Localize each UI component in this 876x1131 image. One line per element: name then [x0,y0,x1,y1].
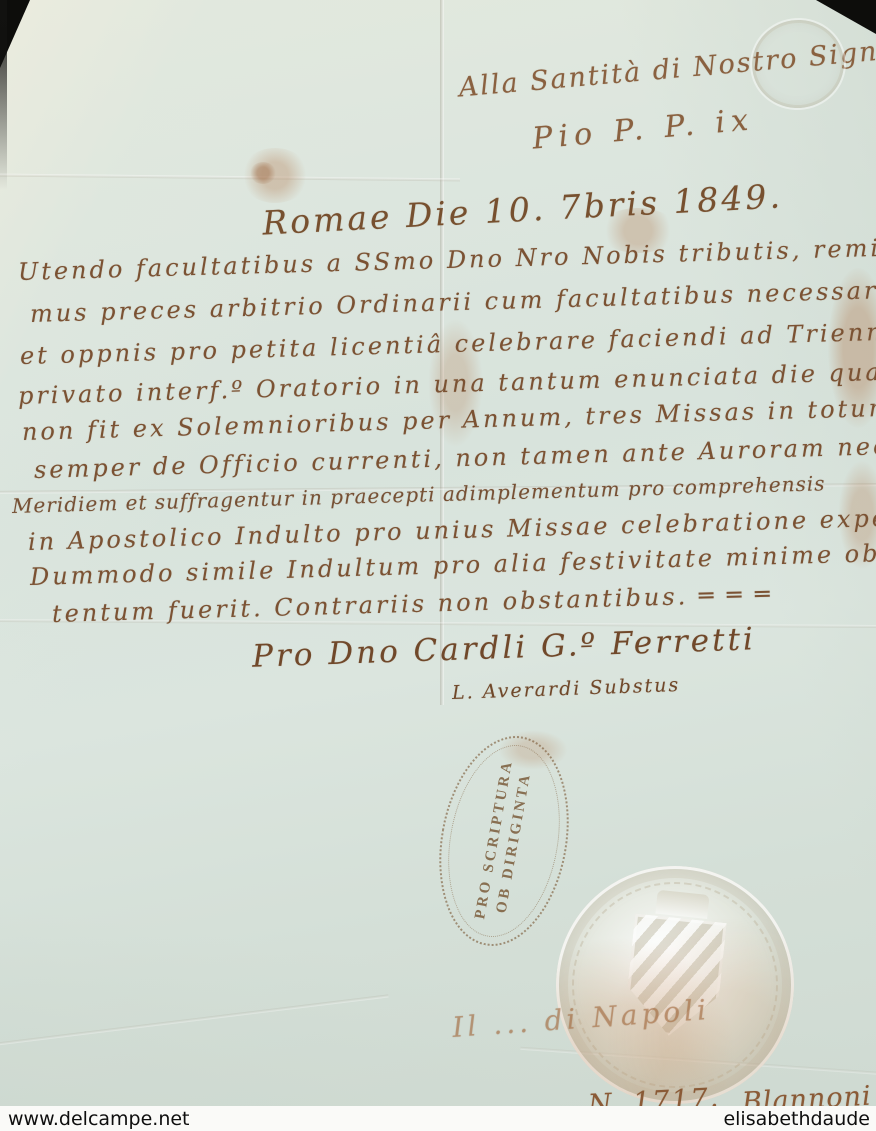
collector-watermark: elisabethdaude [723,1108,870,1130]
watermark-bar: www.delcampe.net elisabethdaude [0,1106,876,1131]
stamp-text-line-2: OB DIRIGINTA [493,771,535,915]
stamp-text-line-1: PRO SCRIPTURA [472,758,517,920]
delcampe-watermark: www.delcampe.net [8,1108,190,1130]
scanned-letter-photo: Alla Santità di Nostro Signore Pio P. P.… [0,0,876,1131]
scan-edge-left [0,0,7,190]
